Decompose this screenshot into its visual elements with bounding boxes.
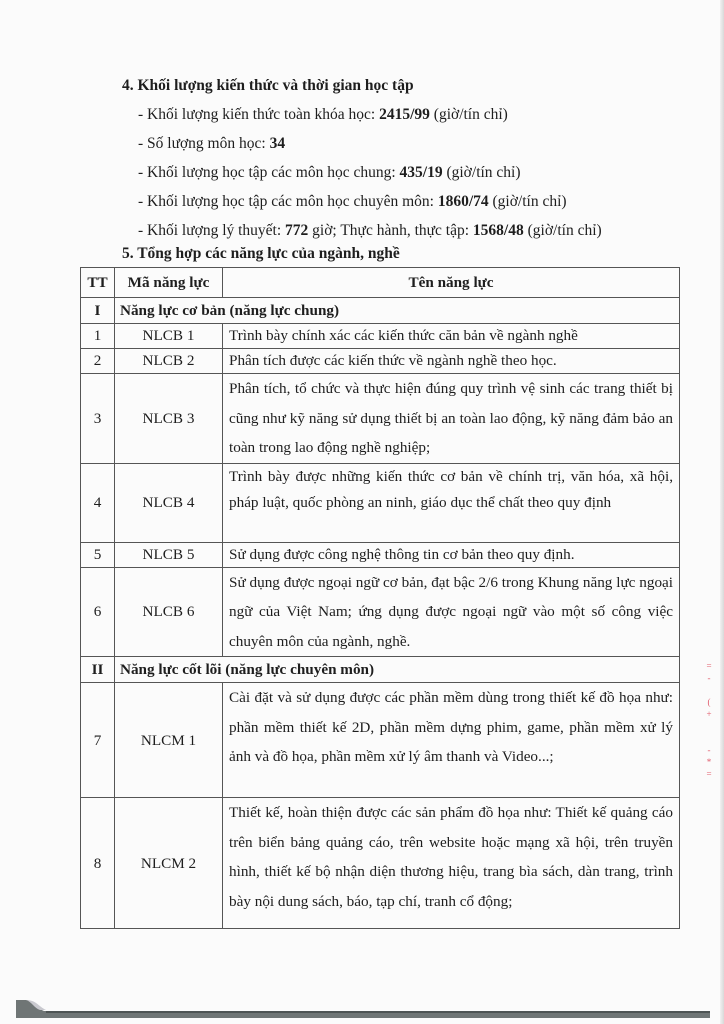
row-code: NLCB 6 [115, 567, 223, 657]
margin-stamp-marks: =- (+ -*= [704, 660, 714, 790]
section-4-heading: 4. Khối lượng kiến thức và thời gian học… [122, 77, 414, 95]
section-5-heading: 5. Tổng hợp các năng lực của ngành, nghề [122, 245, 400, 263]
group-id: II [81, 657, 115, 683]
table-row: 3 NLCB 3 Phân tích, tổ chức và thực hiện… [81, 374, 680, 464]
table-row: 8 NLCM 2 Thiết kế, hoàn thiện được các s… [81, 798, 680, 929]
group-row-basic: I Năng lực cơ bản (năng lực chung) [81, 298, 680, 324]
table-row: 5 NLCB 5 Sử dụng được công nghệ thông ti… [81, 542, 680, 567]
row-tt: 6 [81, 567, 115, 657]
row-tt: 7 [81, 683, 115, 798]
row-name: Phân tích, tổ chức và thực hiện đúng quy… [223, 374, 680, 464]
row-tt: 4 [81, 463, 115, 542]
header-tt: TT [81, 268, 115, 298]
bullet-subject-count: - Số lượng môn học: 34 [138, 135, 285, 153]
row-name: Trình bày được những kiến thức cơ bản về… [223, 463, 680, 542]
group-row-core: II Năng lực cốt lõi (năng lực chuyên môn… [81, 657, 680, 683]
table-row: 1 NLCB 1 Trình bày chính xác các kiến th… [81, 324, 680, 349]
row-tt: 1 [81, 324, 115, 349]
header-code: Mã năng lực [115, 268, 223, 298]
table-header-row: TT Mã năng lực Tên năng lực [81, 268, 680, 298]
footer-decorative-bar [16, 1000, 710, 1018]
row-name: Sử dụng được ngoại ngữ cơ bản, đạt bậc 2… [223, 567, 680, 657]
group-id: I [81, 298, 115, 324]
row-tt: 5 [81, 542, 115, 567]
competency-table: TT Mã năng lực Tên năng lực I Năng lực c… [80, 267, 680, 929]
row-code: NLCM 1 [115, 683, 223, 798]
table-row: 4 NLCB 4 Trình bày được những kiến thức … [81, 463, 680, 542]
table-row: 6 NLCB 6 Sử dụng được ngoại ngữ cơ bản, … [81, 567, 680, 657]
group-title: Năng lực cốt lõi (năng lực chuyên môn) [115, 657, 680, 683]
row-name: Cài đặt và sử dụng được các phần mềm dùn… [223, 683, 680, 798]
bullet-general-subjects: - Khối lượng học tập các môn học chung: … [138, 164, 521, 182]
group-title: Năng lực cơ bản (năng lực chung) [115, 298, 680, 324]
row-code: NLCM 2 [115, 798, 223, 929]
row-code: NLCB 4 [115, 463, 223, 542]
bullet-specialized-subjects: - Khối lượng học tập các môn học chuyên … [138, 193, 567, 211]
bullet-theory-practice: - Khối lượng lý thuyết: 772 giờ; Thực hà… [138, 222, 602, 240]
row-name: Thiết kế, hoàn thiện được các sản phẩm đ… [223, 798, 680, 929]
table-row: 7 NLCM 1 Cài đặt và sử dụng được các phầ… [81, 683, 680, 798]
row-code: NLCB 1 [115, 324, 223, 349]
row-tt: 3 [81, 374, 115, 464]
row-code: NLCB 5 [115, 542, 223, 567]
header-name: Tên năng lực [223, 268, 680, 298]
row-tt: 2 [81, 349, 115, 374]
row-code: NLCB 3 [115, 374, 223, 464]
row-code: NLCB 2 [115, 349, 223, 374]
bullet-total-volume: - Khối lượng kiến thức toàn khóa học: 24… [138, 106, 508, 124]
row-name: Sử dụng được công nghệ thông tin cơ bản … [223, 542, 680, 567]
page-edge-shadow [720, 0, 724, 1024]
row-name: Trình bày chính xác các kiến thức căn bả… [223, 324, 680, 349]
table-row: 2 NLCB 2 Phân tích được các kiến thức về… [81, 349, 680, 374]
row-name: Phân tích được các kiến thức về ngành ng… [223, 349, 680, 374]
row-tt: 8 [81, 798, 115, 929]
